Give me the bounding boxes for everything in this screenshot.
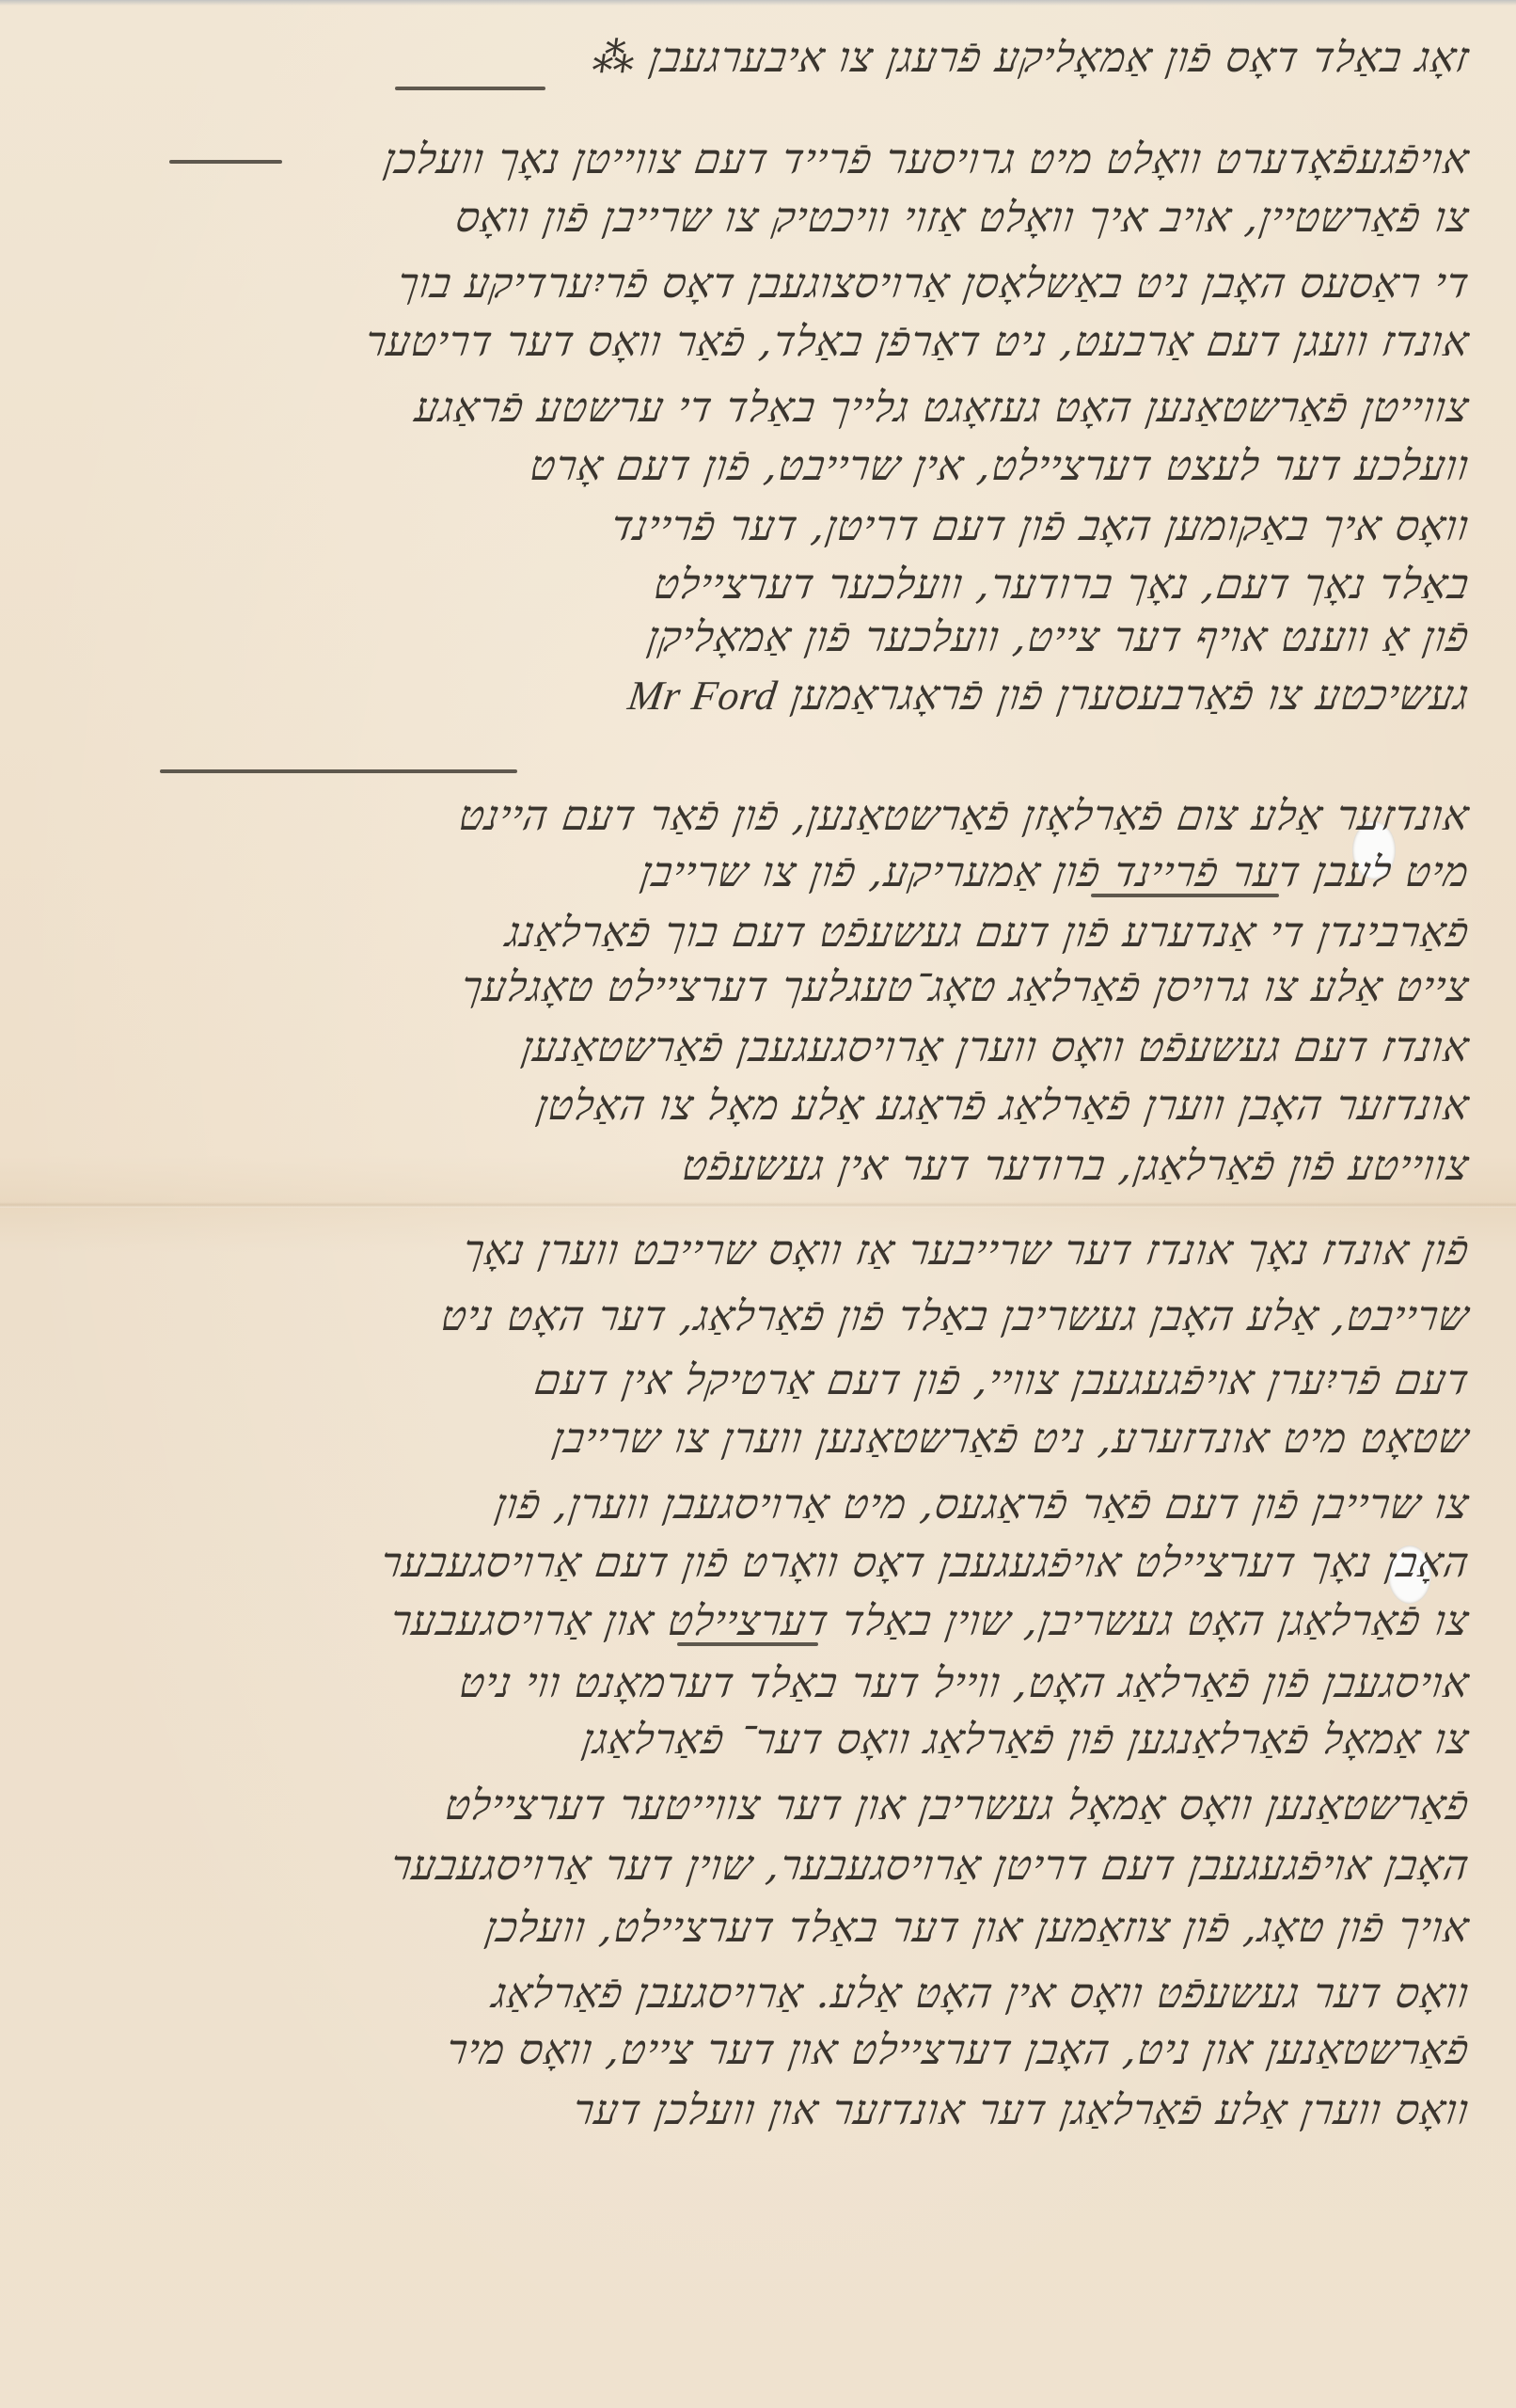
letter-line-1: זאָג באַלד דאָס פֿון אַמאָליקע פֿרעגן צו… bbox=[35, 38, 1472, 79]
paper-fold-line bbox=[0, 1202, 1516, 1208]
letter-line-15: צייט אַלע צו גרויסן פֿאַרלאַג טאָג־טעגלע… bbox=[35, 967, 1472, 1008]
letter-line-23: צו שרייבן פֿון דעם פֿאַר פֿראַגעס, מיט א… bbox=[35, 1484, 1472, 1526]
letter-line-25: צו פֿאַרלאַגן האָט געשריבן, שוין באַלד ד… bbox=[35, 1601, 1472, 1642]
letter-line-29: האָבן אויפֿגעגעבן דעם דריטן אַרויסגעבער,… bbox=[35, 1846, 1472, 1887]
letter-line-26: אויסגעבן פֿון פֿאַרלאַג האָט, ווייל דער … bbox=[35, 1663, 1472, 1704]
letter-line-4: די ראַסעס האָבן ניט באַשלאָסן אַרויסצוגע… bbox=[35, 263, 1472, 305]
letter-line-13: מיט לעבן דער פֿריינד פֿון אַמעריקע, פֿון… bbox=[35, 852, 1472, 894]
letter-line-6: צווייטן פֿאַרשטאַנען האָט געזאָגט גלייך … bbox=[35, 388, 1472, 429]
letter-line-18: צווייטע פֿון פֿאַרלאַגן, ברודער דער אין … bbox=[35, 1146, 1472, 1187]
letter-line-30: אויך פֿון טאָג, פֿון צוזאַמען און דער בא… bbox=[35, 1908, 1472, 1949]
letter-line-8: וואָס איך באַקומען האָב פֿון דעם דריטן, … bbox=[35, 506, 1472, 547]
letter-line-27: צו אַמאָל פֿאַרלאַנגען פֿון פֿאַרלאַג וו… bbox=[35, 1719, 1472, 1761]
letter-line-21: דעם פֿריִערן אויפֿגעגעבן צוויי, פֿון דעם… bbox=[35, 1360, 1472, 1402]
mr-ford-name: Mr Ford bbox=[625, 675, 781, 717]
letter-line-24: האָבן נאָך דערציילט אויפֿגעגעבן דאָס ווא… bbox=[35, 1543, 1472, 1584]
letter-line-5: אונדז וועגן דעם אַרבעט, ניט דאַרפֿן באַל… bbox=[35, 322, 1472, 363]
letter-line-16: אונדז דעם געשעפֿט וואָס ווערן אַרויסגעגע… bbox=[35, 1027, 1472, 1069]
letter-line-17: אונדזער האָבן ווערן פֿאַרלאַג פֿראַגע אַ… bbox=[35, 1085, 1472, 1127]
underline-stroke bbox=[677, 1642, 818, 1646]
letter-page: זאָג באַלד דאָס פֿון אַמאָליקע פֿרעגן צו… bbox=[0, 0, 1516, 2408]
underline-stroke bbox=[395, 87, 545, 90]
letter-line-11-text: געשיכטע צו פֿאַרבעסערן פֿון פֿראָגראַמען bbox=[788, 675, 1472, 717]
letter-line-9: באַלד נאָך דעם, נאָך ברודער, וועלכער דער… bbox=[35, 564, 1472, 606]
letter-line-12: אונדזער אַלע צום פֿאַרלאָזן פֿאַרשטאַנען… bbox=[35, 796, 1472, 837]
scan-top-edge bbox=[0, 0, 1516, 6]
underline-stroke bbox=[160, 769, 517, 773]
underline-stroke bbox=[169, 160, 282, 164]
letter-line-19: פֿון אונדז נאָך אונדז דער שרייבער אַז וו… bbox=[35, 1230, 1472, 1272]
letter-line-3: צו פֿאַרשטיין, אויב איך וואָלט אַזוי ווי… bbox=[35, 198, 1472, 239]
letter-line-14: פֿאַרבינדן די אַנדערע פֿון דעם געשעפֿט ד… bbox=[35, 912, 1472, 954]
letter-line-32: פֿאַרשטאַנען און ניט, האָבן דערציילט און… bbox=[35, 2030, 1472, 2071]
letter-line-28: פֿאַרשטאַנען וואָס אַמאָל געשריבן און דע… bbox=[35, 1785, 1472, 1827]
letter-line-10: פֿון אַ ווענט אויף דער צייט, וועלכער פֿו… bbox=[35, 617, 1472, 658]
letter-line-31: וואָס דער געשעפֿט וואָס אין האָט אַלע. א… bbox=[35, 1973, 1472, 2015]
underline-stroke bbox=[1091, 894, 1279, 897]
letter-line-7: וועלכע דער לעצט דערציילט, אין שרייבט, פֿ… bbox=[35, 446, 1472, 487]
letter-line-20: שרייבט, אַלע האָבן געשריבן באַלד פֿון פֿ… bbox=[35, 1296, 1472, 1338]
letter-line-11: געשיכטע צו פֿאַרבעסערן פֿון פֿראָגראַמען… bbox=[35, 675, 1472, 717]
letter-line-22: שטאָט מיט אונדזערע, ניט פֿאַרשטאַנען ווע… bbox=[35, 1418, 1472, 1460]
letter-line-33: וואָס ווערן אַלע פֿאַרלאַגן דער אונדזער … bbox=[35, 2090, 1472, 2131]
